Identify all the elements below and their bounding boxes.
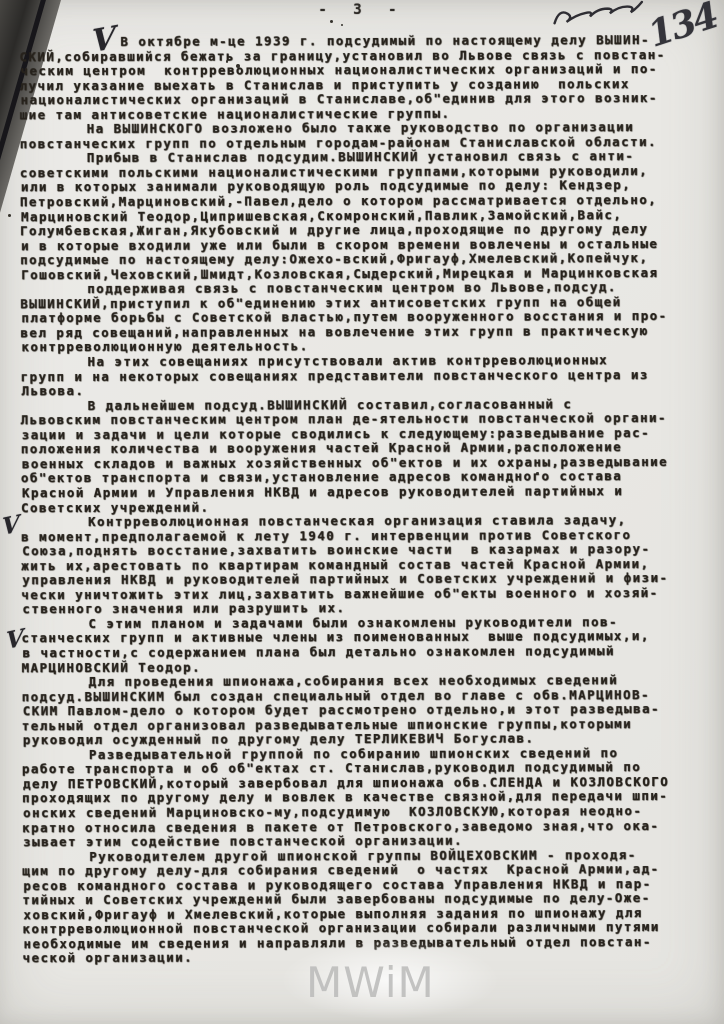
- text-line: вел ряд совещаний,направленных на вовлеч…: [20, 324, 714, 341]
- text-line: проходящих по другому делу и вовлек в ка…: [22, 789, 716, 806]
- document-body: В октябре м-це 1939 г. подсудимый по нас…: [20, 33, 717, 966]
- ink-speckle: [8, 214, 11, 217]
- text-line: станческих групп и активные члены из пои…: [21, 629, 715, 646]
- handwritten-scribble: [551, 0, 658, 35]
- text-line: Петровский,Марциновский,-Павел,дело о ко…: [20, 193, 714, 210]
- text-line: тельный отдел организовал разведывательн…: [22, 716, 716, 733]
- text-line: щим по другому делу-для собирания сведен…: [22, 862, 716, 879]
- text-line: лучил указание выехать в Станислав и при…: [20, 76, 714, 93]
- ink-speckle: [536, 472, 539, 474]
- text-line: повстанческих групп по отдельным городам…: [20, 135, 714, 152]
- text-line: подсудимые по настоящему делу:Ожехо-вски…: [20, 251, 714, 268]
- paragraph: С этим планом и задачами были ознакомлен…: [22, 615, 716, 676]
- text-line: советскими польскими националистическими…: [20, 164, 714, 181]
- paragraph: Для проведения шпионажа,собирания всех н…: [23, 673, 717, 748]
- paragraph: На этих совещаниях присутствовали актив …: [21, 353, 715, 399]
- ink-speckle: [226, 60, 228, 63]
- text-line: СКИЙ,собиравшийся бежать за границу,уста…: [19, 47, 713, 64]
- ink-speckle: [330, 20, 333, 23]
- text-line: жить их,арестовать по квартирам командны…: [21, 556, 715, 573]
- text-line: в момент,предполагаемой к лету 1940 г. и…: [21, 527, 715, 544]
- digitization-watermark: MWiM: [306, 958, 435, 1007]
- paragraph: В октябре м-це 1939 г. подсудимый по нас…: [20, 33, 714, 123]
- text-line: Голумбевская,Жиган,Якубовский и другие л…: [20, 222, 714, 239]
- text-line: МАРЦИНОВСКИЙ Теодор.: [22, 658, 716, 675]
- ink-speckle: [341, 24, 343, 26]
- text-line: Львовским повстанческим центром план де-…: [21, 411, 715, 428]
- paragraph: В дальнейшем подсуд.ВЫШИНСКИЙ составил,с…: [22, 396, 716, 515]
- margin-checkmark-icon: V: [92, 20, 117, 61]
- paragraph: поддерживая связь с повстанческим центро…: [21, 280, 715, 355]
- text-line: положения количества и вооружения частей…: [21, 440, 715, 457]
- text-line: Советских учреждений.: [21, 498, 715, 515]
- text-line: работе транспорта и об об"ектах ст. Стан…: [22, 760, 716, 777]
- text-line: кратно относила сведения в пакете от Пет…: [22, 818, 716, 835]
- paragraph: Прибыв в Станислав подсудим.ВЫШИНСКИЙ ус…: [21, 149, 715, 282]
- ink-speckle: [236, 64, 240, 68]
- text-line: групп и на некоторых совещаниях представ…: [21, 367, 715, 384]
- text-line: подсуд.ВЫШИНСКИМ был создан специальный …: [22, 687, 716, 704]
- text-line: шие там антисоветские националистические…: [20, 106, 714, 123]
- paragraph: Контрреволюционная повстанческая организ…: [22, 513, 716, 617]
- scanned-document-page: - 3 - 134 В октябре м-це 1939 г. подсуди…: [0, 0, 724, 1024]
- margin-checkmark-icon: V: [2, 510, 20, 541]
- text-line: контрреволюционной повстанческой организ…: [22, 920, 716, 937]
- margin-checkmark-icon: V: [6, 624, 24, 655]
- paragraph: Разведывательной группой по собиранию шп…: [23, 746, 717, 850]
- text-line: ВЫШИНСКИЙ,приступил к об"единению этих а…: [20, 295, 714, 312]
- paragraph: На ВЫШИНСКОГО возложено было также руков…: [21, 120, 715, 152]
- text-line: тийных и Советских учреждений были завер…: [22, 891, 716, 908]
- text-line: об"ектов транспорта и связи,установление…: [21, 469, 715, 486]
- text-line: чески уничтожить этих лиц,захватить важн…: [21, 586, 715, 603]
